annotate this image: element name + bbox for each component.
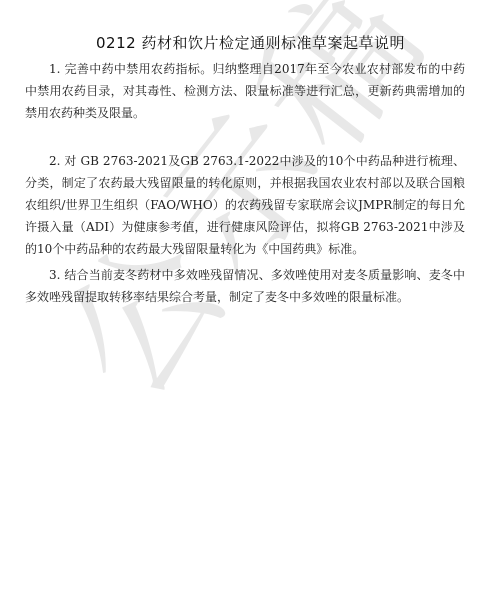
document-title: 0212 药材和饮片检定通则标准草案起草说明: [0, 32, 501, 53]
paragraph-2: 2. 对 GB 2763-2021及GB 2763.1-2022中涉及的10个中…: [25, 150, 465, 260]
paragraph-1: 1. 完善中药中禁用农药指标。归纳整理自2017年至今农业农村部发布的中药中禁用…: [25, 58, 465, 124]
paragraph-3: 3. 结合当前麦冬药材中多效唑残留情况、多效唑使用对麦冬质量影响、麦冬中多效唑残…: [25, 264, 465, 308]
